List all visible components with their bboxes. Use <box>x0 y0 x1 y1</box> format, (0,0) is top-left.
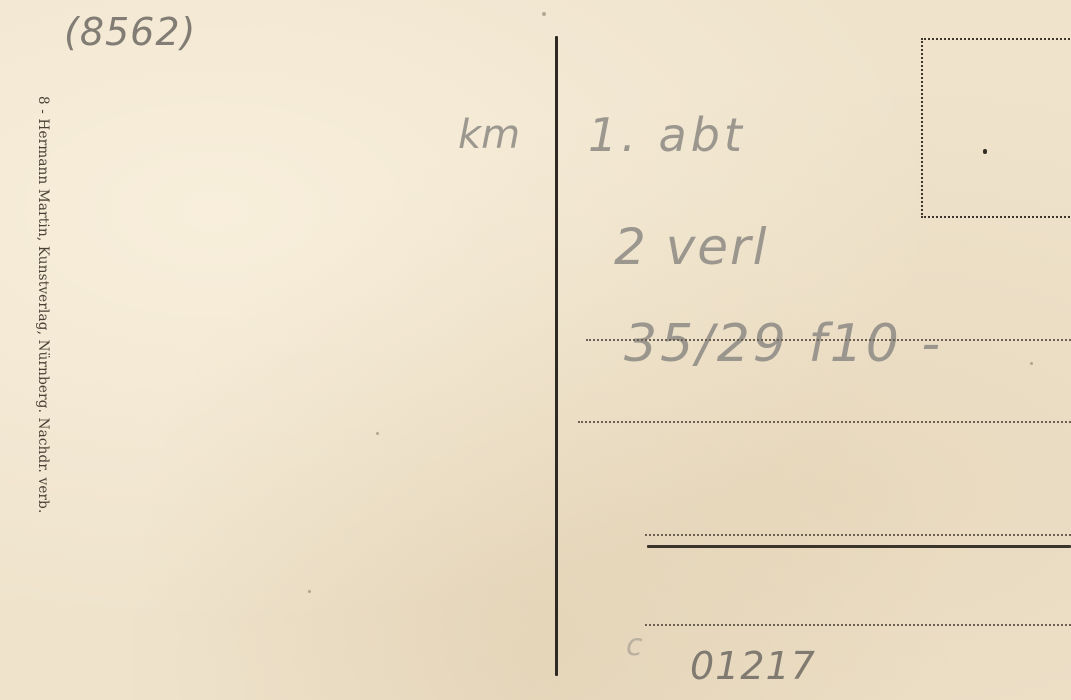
paper-speck <box>542 12 546 16</box>
stamp-box-mark <box>983 149 987 154</box>
handwritten-reference-number: (8562) <box>64 10 196 54</box>
handwritten-note-line-2: 2 verl <box>614 218 769 276</box>
handwritten-note-line-1: 1. abt <box>588 108 746 162</box>
paper-speck <box>308 590 311 593</box>
handwritten-bottom-reference: 01217 <box>690 644 816 688</box>
address-line-1 <box>586 339 1071 341</box>
handwritten-mark: c <box>626 628 643 663</box>
postcard-back: (8562) 8 - Hermann Martin, Kunstverlag, … <box>0 0 1071 700</box>
handwritten-note-line-3: 35/29 f10 - <box>624 314 943 374</box>
address-line-4 <box>645 624 1071 626</box>
stamp-box <box>921 38 1071 218</box>
paper-speck <box>376 432 379 435</box>
paper-speck <box>1030 362 1033 365</box>
address-underline <box>647 545 1071 548</box>
address-line-3 <box>645 534 1071 536</box>
publisher-imprint: 8 - Hermann Martin, Kunstverlag, Nürnber… <box>35 96 51 514</box>
handwritten-note-left: km <box>458 112 520 158</box>
vertical-divider <box>555 36 558 676</box>
address-line-2 <box>578 421 1071 423</box>
